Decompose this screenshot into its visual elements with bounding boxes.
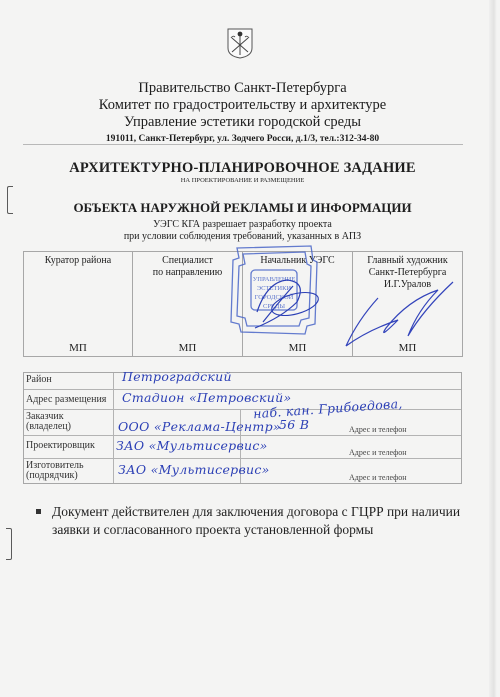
- chief-artist-signature: [338, 280, 458, 348]
- document-title: АРХИТЕКТУРНО-ПЛАНИРОВОЧНОЕ ЗАДАНИЕ: [0, 160, 485, 177]
- address-phone-label: Адрес и телефон: [349, 425, 407, 434]
- row-label: Изготовитель (подрядчик): [24, 459, 114, 483]
- header-divider: [23, 144, 463, 145]
- approval-head: Куратор района: [24, 252, 132, 267]
- row-value: ООО «Реклама-Центр» наб. кан. Грибоедова…: [114, 410, 461, 435]
- address-phone-label: Адрес и телефон: [349, 448, 407, 457]
- permit-text-line1: УЭГС КГА разрешает разработку проекта: [0, 219, 485, 230]
- table-row-manufacturer: Изготовитель (подрядчик) ЗАО «Мультисерв…: [24, 459, 461, 483]
- header-committee: Комитет по градостроительству и архитект…: [0, 97, 485, 114]
- margin-bracket-mark: [6, 528, 12, 560]
- designer-address-cell: Адрес и телефон: [241, 436, 461, 458]
- page-edge-shadow: [489, 0, 497, 697]
- document-subtitle: НА ПРОЕКТИРОВАНИЕ И РАЗМЕЩЕНИЕ: [0, 177, 485, 184]
- object-title: ОБЪЕКТА НАРУЖНОЙ РЕКЛАМЫ И ИНФОРМАЦИИ: [0, 200, 485, 216]
- svg-text:ГОРОДСКОЙ: ГОРОДСКОЙ: [255, 293, 294, 301]
- customer-name-cell: ООО «Реклама-Центр»: [114, 410, 241, 435]
- row-label: Проектировщик: [24, 436, 114, 458]
- approval-curator: Куратор района МП: [24, 252, 133, 356]
- permit-text-line2: при условии соблюдения требований, указа…: [0, 231, 485, 242]
- header-department: Управление эстетики городской среды: [0, 114, 485, 131]
- manufacturer-address-cell: Адрес и телефон: [241, 459, 461, 483]
- seal-place-label: МП: [133, 342, 242, 354]
- official-stamp-icon: УПРАВЛЕНИЕ ЭСТЕТИКИ ГОРОДСКОЙ СРЕДЫ: [227, 242, 321, 338]
- document-page: Правительство Санкт-Петербурга Комитет п…: [0, 0, 500, 697]
- table-row-customer: Заказчик (владелец) ООО «Реклама-Центр» …: [24, 410, 461, 436]
- svg-text:ЭСТЕТИКИ: ЭСТЕТИКИ: [257, 285, 292, 292]
- row-label: Район: [24, 373, 114, 389]
- seal-place-label: МП: [24, 342, 132, 354]
- header-government: Правительство Санкт-Петербурга: [0, 80, 485, 97]
- seal-place-label: МП: [243, 342, 352, 354]
- table-row-district: Район Петроградский: [24, 373, 461, 390]
- handwritten-address: 56 В: [279, 417, 309, 432]
- approval-head-line: Главный художник: [353, 255, 462, 267]
- handwritten-value: Стадион «Петровский»: [122, 390, 291, 405]
- row-label: Заказчик (владелец): [24, 410, 114, 435]
- designer-name-cell: ЗАО «Мультисервис»: [114, 436, 241, 458]
- row-value: Петроградский: [114, 373, 461, 389]
- manufacturer-name-cell: ЗАО «Мультисервис»: [114, 459, 241, 483]
- customer-address-cell: наб. кан. Грибоедова, 56 В Адрес и телеф…: [241, 410, 461, 435]
- parties-table: Район Петроградский Адрес размещения Ста…: [23, 372, 462, 484]
- row-value: ЗАО «Мультисервис» Адрес и телефон: [114, 459, 461, 483]
- row-label-line: (владелец): [26, 422, 113, 432]
- svg-text:УПРАВЛЕНИЕ: УПРАВЛЕНИЕ: [253, 276, 296, 283]
- handwritten-value: Петроградский: [122, 369, 232, 384]
- approval-head-line: по направлению: [133, 267, 242, 279]
- table-row-designer: Проектировщик ЗАО «Мультисервис» Адрес и…: [24, 436, 461, 459]
- bullet-icon: [36, 509, 41, 514]
- address-phone-label: Адрес и телефон: [349, 473, 407, 482]
- approval-head: Специалист по направлению: [133, 252, 242, 279]
- row-label-line: (подрядчик): [26, 471, 113, 481]
- approval-head-line: Специалист: [133, 255, 242, 267]
- validity-note: Документ действителен для заключения дог…: [52, 503, 472, 539]
- header-address: 191011, Санкт-Петербург, ул. Зодчего Рос…: [0, 134, 485, 144]
- row-label: Адрес размещения: [24, 390, 114, 409]
- coat-of-arms-icon: [227, 28, 253, 59]
- row-value: ЗАО «Мультисервис» Адрес и телефон: [114, 436, 461, 458]
- approval-head-line: Санкт-Петербурга: [353, 267, 462, 279]
